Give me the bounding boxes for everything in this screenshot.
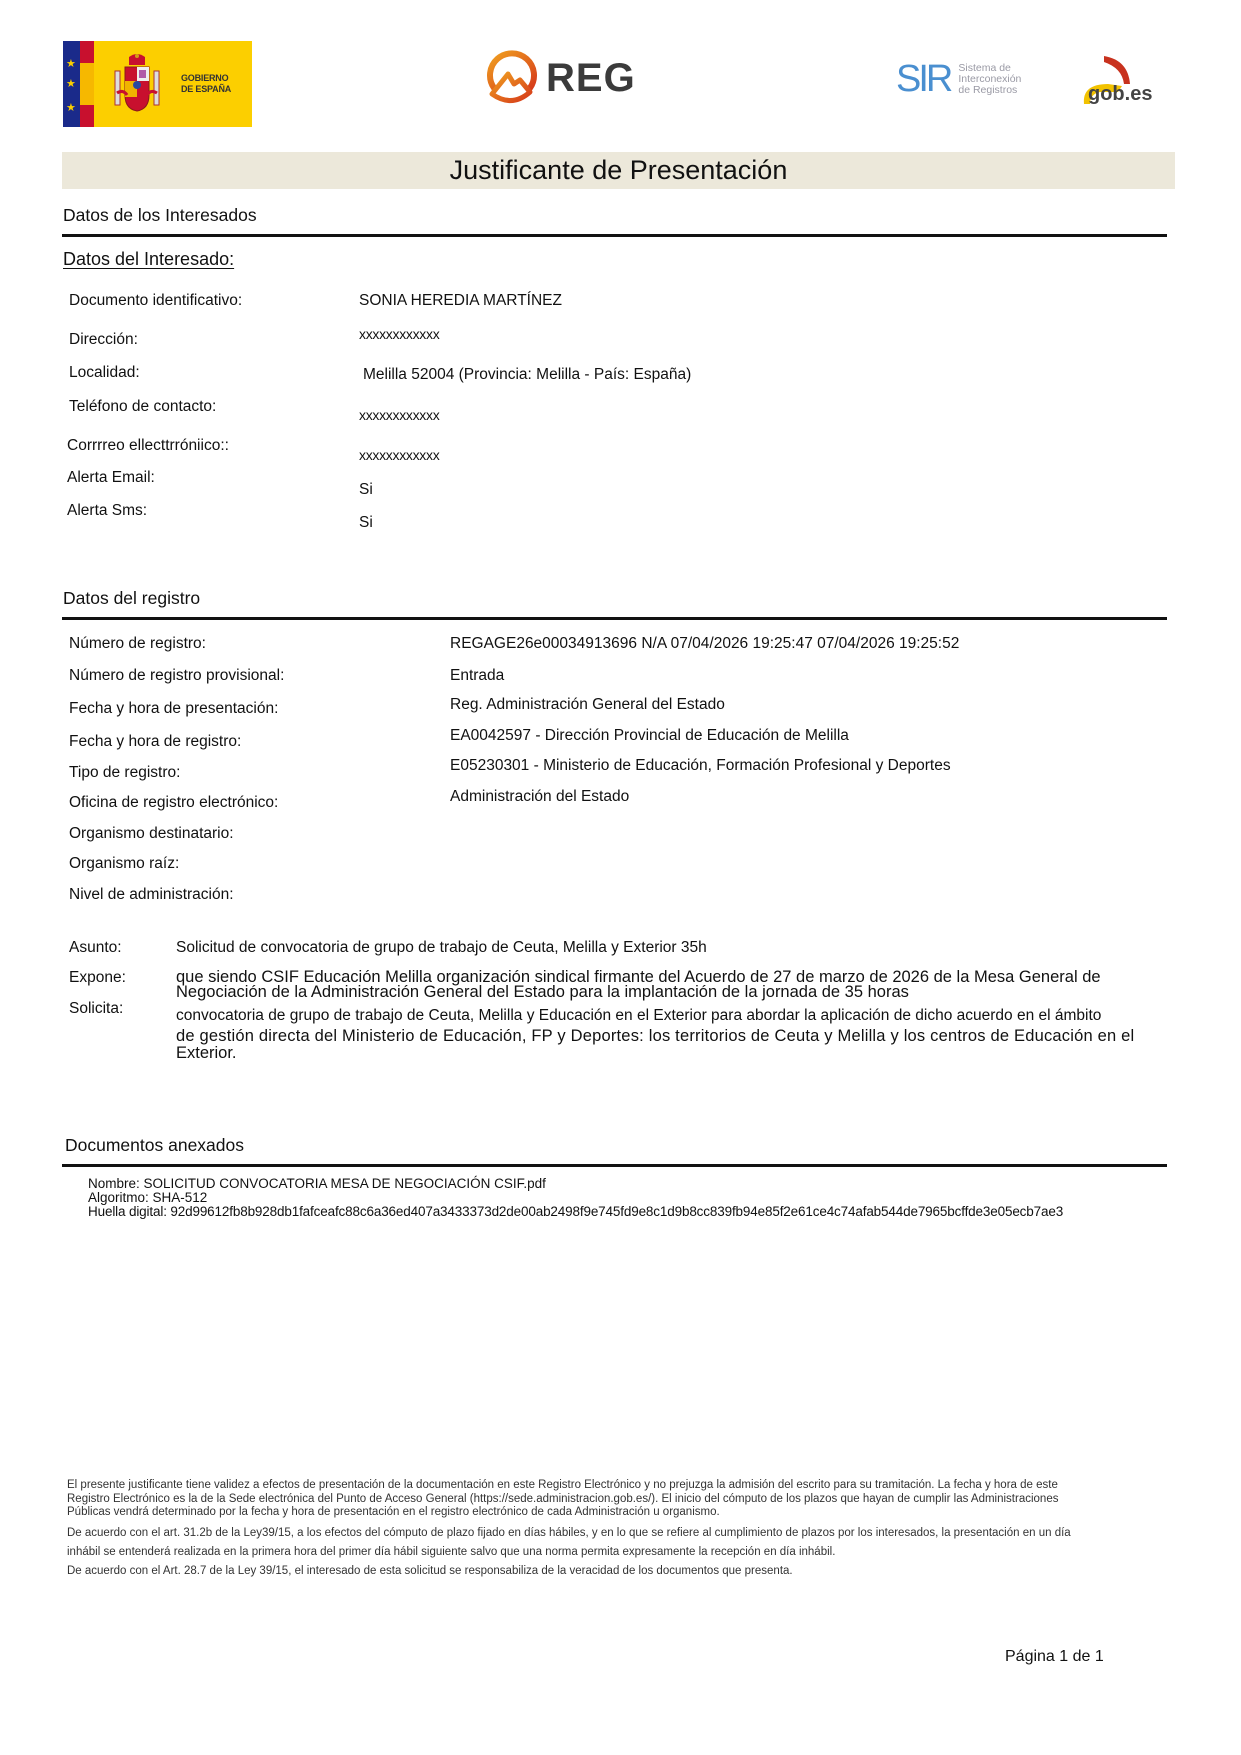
solicita-line: de gestión directa del Ministerio de Edu… [176,1026,1186,1046]
section-divider [62,1164,1167,1167]
legal-notice-1: El presente justificante tiene validez a… [67,1479,1197,1520]
gobierno-text: GOBIERNO DE ESPAÑA [181,73,231,95]
anexo-algoritmo: Algoritmo: SHA-512 [88,1191,1063,1205]
label-fecha-registro: Fecha y hora de registro: [69,733,241,751]
reg-logo: REG [484,48,636,108]
label-expone: Expone: [69,969,126,987]
sir-text: Sistema de Interconexión de Registros [958,63,1021,96]
legal-line: inhábil se entenderá realizada en la pri… [67,1543,1197,1562]
field-label-direccion: Dirección: [69,331,138,349]
value-tipo: Entrada [450,667,504,685]
value-expone: que siendo CSIF Educación Melilla organi… [176,970,1176,1000]
solicita-line: convocatoria de grupo de trabajo de Ceut… [176,1006,1186,1026]
field-label-alerta-email: Alerta Email: [67,469,155,487]
star-icon: ★ [66,103,76,114]
field-label-correo: Corrrreo ellecttrróniico:: [67,437,229,455]
value-asunto: Solicitud de convocatoria de grupo de tr… [176,939,707,957]
sir-line3: de Registros [958,85,1021,96]
legal-line: El presente justificante tiene validez a… [67,1479,1197,1493]
field-label-documento: Documento identificativo: [69,292,242,310]
section-divider [62,234,1167,237]
legal-line: De acuerdo con el art. 31.2b de la Ley39… [67,1524,1197,1543]
spain-coat-of-arms-icon [113,53,161,117]
legal-notice-3: De acuerdo con el Art. 28.7 de la Ley 39… [67,1562,1197,1581]
legal-line: Públicas vendrá determinado por la fecha… [67,1506,1197,1520]
field-label-localidad: Localidad: [69,364,140,382]
label-numero-registro-provisional: Número de registro provisional: [69,667,284,685]
reg-mountain-icon [484,50,540,106]
value-organismo-destinatario: EA0042597 - Dirección Provincial de Educ… [450,727,849,745]
label-numero-registro: Número de registro: [69,635,206,653]
interesado-subsection-title: Datos del Interesado: [63,249,234,270]
anexo-nombre: Nombre: SOLICITUD CONVOCATORIA MESA DE N… [88,1177,1063,1191]
gobierno-de-espana-logo: ★ ★ ★ GOBIERNO DE ESPAÑA [63,41,252,127]
anexo-huella: Huella digital: 92d99612fb8b928db1fafcea… [88,1205,1063,1219]
reg-text: REG [546,56,636,101]
expone-line: Negociación de la Administración General… [176,985,1176,1000]
interesados-section-title: Datos de los Interesados [63,205,257,226]
field-label-alerta-sms: Alerta Sms: [67,502,147,520]
document-title-bar: Justificante de Presentación [62,152,1175,189]
anexo-document: Nombre: SOLICITUD CONVOCATORIA MESA DE N… [88,1177,1063,1219]
sir-logo: SIR Sistema de Interconexión de Registro… [896,58,1021,101]
legal-notice: El presente justificante tiene validez a… [67,1479,1197,1581]
label-fecha-presentacion: Fecha y hora de presentación: [69,700,278,718]
star-icon: ★ [66,59,76,70]
value-numero-registro: REGAGE26e00034913696 N/A 07/04/2026 19:2… [450,635,959,653]
sir-mark: SIR [896,58,950,101]
legal-notice-2: De acuerdo con el art. 31.2b de la Ley39… [67,1524,1197,1562]
field-value-correo: xxxxxxxxxxxx [359,447,439,463]
value-solicita: convocatoria de grupo de trabajo de Ceut… [176,1006,1186,1060]
label-organismo-raiz: Organismo raíz: [69,855,179,873]
page-number: Página 1 de 1 [1005,1648,1104,1666]
label-tipo-registro: Tipo de registro: [69,764,180,782]
field-value-alerta-email: Si [359,481,373,499]
value-organismo-raiz: E05230301 - Ministerio de Educación, For… [450,757,951,775]
field-value-documento: SONIA HEREDIA MARTÍNEZ [359,292,562,310]
document-title: Justificante de Presentación [450,155,788,185]
field-value-direccion: xxxxxxxxxxxx [359,326,439,342]
label-oficina-registro: Oficina de registro electrónico: [69,794,278,812]
section-divider [62,617,1167,620]
legal-line: Registro Electrónico es la de la Sede el… [67,1493,1197,1507]
label-organismo-destinatario: Organismo destinatario: [69,825,234,843]
value-oficina: Reg. Administración General del Estado [450,696,725,714]
field-value-alerta-sms: Si [359,514,373,532]
gobierno-line1: GOBIERNO [181,73,231,84]
field-label-telefono: Teléfono de contacto: [69,398,216,416]
gob-es-logo: gob.es [1078,54,1164,110]
gobierno-line2: DE ESPAÑA [181,84,231,95]
registro-section-title: Datos del registro [63,588,200,609]
anexos-section-title: Documentos anexados [65,1135,244,1156]
gob-es-text: gob.es [1088,83,1152,106]
star-icon: ★ [66,79,76,90]
label-asunto: Asunto: [69,939,122,957]
label-solicita: Solicita: [69,1000,123,1018]
solicita-line: Exterior. [176,1046,1186,1060]
field-value-telefono: xxxxxxxxxxxx [359,407,439,423]
spain-flag-yellow [80,63,94,105]
field-value-localidad: Melilla 52004 (Provincia: Melilla - País… [363,366,691,384]
label-nivel-administracion: Nivel de administración: [69,886,234,904]
value-nivel-administracion: Administración del Estado [450,788,629,806]
